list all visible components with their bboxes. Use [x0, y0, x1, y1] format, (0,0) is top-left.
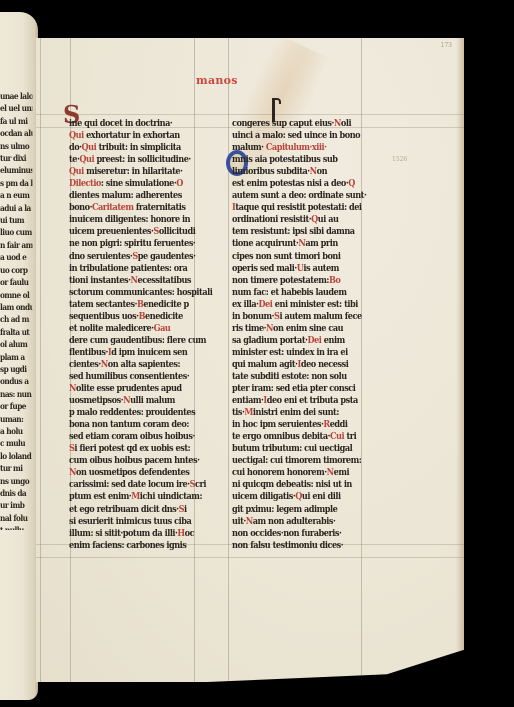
- body-text: on uosmetipos defendentes: [76, 467, 189, 478]
- text-line: tis·Ministri enim dei sunt:: [232, 407, 350, 419]
- ruling-line-vertical: [228, 38, 229, 682]
- body-text: minister est: uindex in ira ei: [232, 347, 348, 358]
- rubric-text: N: [69, 383, 76, 394]
- body-text: limioribus subdita·: [232, 166, 310, 177]
- body-text: ne non pigri: spiritu feruentes·: [69, 238, 195, 249]
- left-page-line: uman:: [0, 413, 32, 425]
- text-column-right: congeres sup caput eius·Noliuinci a malo…: [232, 118, 368, 552]
- left-page-line: eluminus: [0, 164, 32, 176]
- left-page-line: t nullu: [0, 524, 32, 530]
- text-line: illum: si sitit·potum da illi·Hoc: [69, 528, 187, 540]
- left-page-line: tur mi: [0, 462, 32, 474]
- text-line: et ego retribuam dicit dns·Si: [69, 504, 187, 516]
- body-text: uicem preuenientes·: [69, 226, 153, 237]
- left-page-line: omne ol: [0, 289, 32, 301]
- text-line: dientes malum: adherentes: [69, 190, 187, 202]
- text-line: sed etiam coram oibus hoibus·: [69, 431, 187, 443]
- rubric-text: Qui: [79, 154, 94, 165]
- body-text: sed humilibus consentientes·: [69, 371, 189, 382]
- body-text: i: [184, 504, 187, 515]
- text-line: cipes non sunt timori boni: [232, 251, 350, 263]
- page-edge-shadow: [456, 38, 464, 682]
- left-page-line: fa ul mi: [0, 115, 32, 127]
- body-text: sa gladium portat·: [232, 335, 307, 346]
- body-text: uectigal: cui timorem timorem:: [232, 455, 361, 466]
- text-line: enim faciens: carbones ignis: [69, 540, 187, 552]
- body-text: i autem malum fece: [279, 311, 361, 322]
- text-line: Si fieri potest qd ex uobis est:: [69, 443, 187, 455]
- rubric-text: Qui: [69, 130, 84, 141]
- body-text: exhortatur in exhortan: [84, 130, 180, 141]
- text-line: tioni instantes·Necessitatibus: [69, 275, 187, 287]
- rubric-text: N: [246, 516, 253, 527]
- rubric-text: Bo: [329, 275, 340, 286]
- text-line: Non uosmetipos defendentes: [69, 467, 187, 479]
- text-line: cientes·Non alta sapientes:: [69, 359, 187, 371]
- ruling-line-vertical: [40, 38, 41, 682]
- right-page: 173 1526 manos S ine qui docet in doctri…: [36, 38, 464, 682]
- text-line: ine qui docet in doctrina·: [69, 118, 187, 130]
- body-text: : sine simulatione·: [101, 178, 176, 189]
- body-text: tioni instantes·: [69, 275, 131, 286]
- left-page-line: s pm da l: [0, 177, 32, 189]
- text-line: sa gladium portat·Dei enim: [232, 335, 350, 347]
- marginal-note: 1526: [392, 156, 407, 163]
- text-line: ptum est enim·Michi uindictam:: [69, 491, 187, 503]
- text-line: dno seruientes·Spe gaudentes·: [69, 251, 187, 263]
- body-text: preest: in sollicitudine·: [94, 154, 191, 165]
- text-line: sed humilibus consentientes·: [69, 371, 187, 383]
- body-text: cientes·: [69, 359, 101, 370]
- left-page-line: n fair am: [0, 239, 32, 251]
- left-page-line: nas: nun: [0, 388, 32, 400]
- text-line: entiam·Ideo eni et tributa psta: [232, 395, 350, 407]
- running-head: manos: [196, 74, 238, 87]
- body-text: et nolite maledicere·: [69, 323, 154, 334]
- left-page-line: unae lalo tam: [0, 90, 32, 102]
- body-text: do·: [69, 142, 82, 153]
- left-page-line: plam a: [0, 351, 32, 363]
- text-line: in tribulatione patientes: ora: [69, 263, 187, 275]
- text-line: operis sed mali·Uis autem: [232, 263, 350, 275]
- left-page-line: or faulu: [0, 276, 32, 288]
- body-text: si esurierit inimicus tuus ciba: [69, 516, 191, 527]
- body-text: miseretur: in hilaritate·: [84, 166, 183, 177]
- text-line: uosmetipsos·Nulli malum: [69, 395, 187, 407]
- text-line: uinci a malo: sed uince in bono: [232, 130, 350, 142]
- body-text: entiam·: [232, 395, 263, 406]
- rubric-text: Gau: [154, 323, 171, 334]
- body-text: enim: [321, 335, 344, 346]
- body-text: on enim sine cau: [273, 323, 343, 334]
- body-text: deo eni et tributa psta: [267, 395, 358, 406]
- body-text: num fac: et habebis laudem: [232, 287, 346, 298]
- body-text: deo necessi: [301, 359, 348, 370]
- rubric-text: Dei: [307, 335, 321, 346]
- body-text: sequentibus uos·: [69, 311, 139, 322]
- body-text: cum oibus hoibus pacem hntes·: [69, 455, 200, 466]
- rubric-text: H: [177, 528, 184, 539]
- text-line: uicem diligatis·Qui eni dili: [232, 491, 350, 503]
- ruling-line-horizontal: [36, 557, 464, 558]
- body-text: te·: [69, 154, 79, 165]
- body-text: ecessitatibus: [137, 275, 191, 286]
- body-text: sed etiam coram oibus hoibus·: [69, 431, 195, 442]
- rubric-text: Dei: [258, 299, 272, 310]
- body-text: uosmetipsos·: [69, 395, 123, 406]
- body-text: am non adulterabis·: [253, 516, 336, 527]
- text-line: in hoc ipm seruientes·Reddi: [232, 419, 350, 431]
- left-page-line: ch ad m: [0, 313, 32, 325]
- body-text: bono·: [69, 202, 92, 213]
- left-page-line: tur dixi: [0, 152, 32, 164]
- text-line: tem resistunt: ipsi sibi damna: [232, 226, 350, 238]
- body-text: qui malum agit·: [232, 359, 298, 370]
- body-text: git pximu: legem adimple: [232, 504, 337, 515]
- left-page-line: dnis da: [0, 487, 32, 499]
- body-text: dno seruientes·: [69, 251, 132, 262]
- text-line: ni quicqm debeatis: nisi ut in: [232, 479, 350, 491]
- body-text: bona non tantum coram deo:: [69, 419, 189, 430]
- text-line: qui malum agit·Ideo necessi: [232, 359, 350, 371]
- text-line: in bonum·Si autem malum fece: [232, 311, 350, 323]
- text-line: te ergo omnibus debita·Cui tri: [232, 431, 350, 443]
- rubric-text: N: [131, 275, 138, 286]
- text-line: sctorum communicantes: hospitali: [69, 287, 187, 299]
- body-text: butum tributum: cui uectigal: [232, 443, 352, 454]
- rubric-text: N: [101, 359, 108, 370]
- text-line: minister est: uindex in ira ei: [232, 347, 350, 359]
- ruling-line-horizontal: [36, 114, 464, 115]
- rubric-text: Capitulum·xiii·: [266, 142, 327, 153]
- body-text: non occides·non furaberis·: [232, 528, 341, 539]
- text-line: cui honorem honorem·Nemi: [232, 467, 350, 479]
- body-text: enedicite p: [143, 299, 188, 310]
- body-text: on alta sapientes:: [108, 359, 180, 370]
- rubric-text: Cui: [330, 431, 344, 442]
- rubric-text: M: [244, 407, 253, 418]
- body-text: tem resistunt: ipsi sibi damna: [232, 226, 355, 237]
- left-page-line: adui a la: [0, 202, 32, 214]
- text-line: ne non pigri: spiritu feruentes·: [69, 238, 187, 250]
- body-text: non timere potestatem:: [232, 275, 329, 286]
- left-page-line: ui tum: [0, 214, 32, 226]
- body-text: ollicitudi: [159, 226, 196, 237]
- text-line: Dilectio: sine simulatione·O: [69, 178, 187, 190]
- rubric-text: Qui: [69, 166, 84, 177]
- body-text: operis sed mali·: [232, 263, 297, 274]
- body-text: emi: [334, 467, 349, 478]
- body-text: uicem diligatis·: [232, 491, 295, 502]
- left-page-line: a holu: [0, 425, 32, 437]
- text-line: et nolite maledicere·Gau: [69, 323, 187, 335]
- left-page-line: ns ulmo: [0, 140, 32, 152]
- body-text: illum: si sitit·potum da illi·: [69, 528, 177, 539]
- rubric-text: O: [176, 178, 183, 189]
- text-line: Nolite esse prudentes apud: [69, 383, 187, 395]
- body-text: cui honorem honorem·: [232, 467, 327, 478]
- body-text: non falsu testimoniu dices·: [232, 540, 343, 551]
- left-page-line: fralta ut: [0, 326, 32, 338]
- text-line: num fac: et habebis laudem: [232, 287, 350, 299]
- left-page-line: c mulu: [0, 437, 32, 449]
- text-line: est enim potestas nisi a deo·Q: [232, 178, 350, 190]
- body-text: carissimi: sed date locum ire·: [69, 479, 190, 490]
- body-text: ine qui docet in doctrina·: [69, 118, 172, 129]
- body-text: fraternitatis: [133, 202, 185, 213]
- body-text: ex illa·: [232, 299, 258, 310]
- body-text: oc: [185, 528, 194, 539]
- body-text: eddi: [330, 419, 348, 430]
- left-page-line: lo loland: [0, 450, 32, 462]
- body-text: in bonum·: [232, 311, 274, 322]
- body-text: cipes non sunt timori boni: [232, 251, 340, 262]
- rubric-text: Caritatem: [92, 202, 134, 213]
- text-line: Qui miseretur: in hilaritate·: [69, 166, 187, 178]
- text-line: ris time·Non enim sine cau: [232, 323, 350, 335]
- body-text: oli: [341, 118, 351, 129]
- text-line: ordinationi resistit·Qui au: [232, 214, 350, 226]
- text-line: autem sunt a deo: ordinate sunt·: [232, 190, 350, 202]
- body-text: pe gaudentes·: [138, 251, 196, 262]
- left-page-line: ur imb: [0, 499, 32, 511]
- text-line: limioribus subdita·Non: [232, 166, 350, 178]
- folio-number: 173: [441, 42, 452, 49]
- body-text: ris time·: [232, 323, 266, 334]
- body-text: tione acquirunt·: [232, 238, 298, 249]
- text-line: bono·Caritatem fraternitatis: [69, 202, 187, 214]
- body-text: i fieri potest qd ex uobis est:: [74, 443, 190, 454]
- body-text: on: [317, 166, 327, 177]
- text-line: tione acquirunt·Nam prin: [232, 238, 350, 250]
- left-page-line: ns ungo: [0, 475, 32, 487]
- left-page-line: ocdan alum: [0, 127, 32, 139]
- body-text: ordinationi resistit·: [232, 214, 311, 225]
- body-text: tatem sectantes·: [69, 299, 137, 310]
- body-text: dientes malum: adherentes: [69, 190, 182, 201]
- left-page-line: el uel unni: [0, 102, 32, 114]
- body-text: taque qui resistit potestati: dei: [235, 202, 361, 213]
- left-page-line: a uod e: [0, 251, 32, 263]
- body-text: p malo reddentes: prouidentes: [69, 407, 195, 418]
- rubric-text: Qui: [82, 142, 97, 153]
- body-text: ptum est enim·: [69, 491, 131, 502]
- body-text: te ergo omnibus debita·: [232, 431, 330, 442]
- body-text: mnis aia potestatibus sub: [232, 154, 338, 165]
- text-column-left: ine qui docet in doctrina·Qui exhortatur…: [69, 118, 205, 552]
- body-text: tis·: [232, 407, 244, 418]
- text-line: sequentibus uos·Benedicite: [69, 311, 187, 323]
- text-line: p malo reddentes: prouidentes: [69, 407, 187, 419]
- body-text: uit·: [232, 516, 246, 527]
- left-page-line: a n eum: [0, 189, 32, 201]
- body-text: inistri enim dei sunt:: [253, 407, 339, 418]
- text-line: te·Qui preest: in sollicitudine·: [69, 154, 187, 166]
- body-text: d ipm inuicem sen: [111, 347, 187, 358]
- text-line: uicem preuenientes·Sollicitudi: [69, 226, 187, 238]
- text-line: git pximu: legem adimple: [232, 504, 350, 516]
- body-text: inuicem diligentes: honore in: [69, 214, 190, 225]
- left-page-line: nal folu: [0, 512, 32, 524]
- body-text: is autem: [303, 263, 339, 274]
- body-text: tate subditi estote: non solu: [232, 371, 347, 382]
- text-line: inuicem diligentes: honore in: [69, 214, 187, 226]
- rubric-text: Q: [348, 178, 355, 189]
- text-line: carissimi: sed date locum ire·Scri: [69, 479, 187, 491]
- rubric-text: N: [327, 467, 334, 478]
- body-text: malum·: [232, 142, 266, 153]
- body-text: eni minister est: tibi: [272, 299, 357, 310]
- left-page-line: lam ondu: [0, 301, 32, 313]
- body-text: ni quicqm debeatis: nisi ut in: [232, 479, 352, 490]
- left-page-line: liuo cum: [0, 226, 32, 238]
- body-text: olite esse prudentes apud: [76, 383, 182, 394]
- rubric-text: N: [69, 467, 76, 478]
- body-text: enim faciens: carbones ignis: [69, 540, 186, 551]
- text-line: ex illa·Dei eni minister est: tibi: [232, 299, 350, 311]
- text-line: congeres sup caput eius·Noli: [232, 118, 350, 130]
- body-text: autem sunt a deo: ordinate sunt·: [232, 190, 366, 201]
- text-line: flentibus·Id ipm inuicem sen: [69, 347, 187, 359]
- body-text: tri: [344, 431, 356, 442]
- body-text: ichi uindictam:: [140, 491, 202, 502]
- text-line: uit·Nam non adulterabis·: [232, 516, 350, 528]
- text-line: bona non tantum coram deo:: [69, 419, 187, 431]
- text-line: si esurierit inimicus tuus ciba: [69, 516, 187, 528]
- text-line: tate subditi estote: non solu: [232, 371, 350, 383]
- left-page-text: unae lalo tamel uel unnifa ul miocdan al…: [0, 90, 32, 530]
- text-line: malum· Capitulum·xiii·: [232, 142, 350, 154]
- text-line: non timere potestatem:Bo: [232, 275, 350, 287]
- body-text: pter iram: sed etia pter consci: [232, 383, 355, 394]
- body-text: enedicite: [145, 311, 183, 322]
- body-text: ulli malum: [130, 395, 175, 406]
- body-text: ui au: [318, 214, 339, 225]
- text-line: dere cum gaudentibus: flere cum: [69, 335, 187, 347]
- text-line: non falsu testimoniu dices·: [232, 540, 350, 552]
- text-line: cum oibus hoibus pacem hntes·: [69, 455, 187, 467]
- left-page-line: ol alum: [0, 338, 32, 350]
- text-line: mnis aia potestatibus sub: [232, 154, 350, 166]
- left-page-line: sp ugdi: [0, 363, 32, 375]
- body-text: in hoc ipm seruientes·: [232, 419, 323, 430]
- body-text: ui eni dili: [302, 491, 341, 502]
- body-text: sctorum communicantes: hospitali: [69, 287, 212, 298]
- text-line: tatem sectantes·Benedicite p: [69, 299, 187, 311]
- text-line: Qui exhortatur in exhortan: [69, 130, 187, 142]
- body-text: uinci a malo: sed uince in bono: [232, 130, 360, 141]
- left-page-edge: unae lalo tamel uel unnifa ul miocdan al…: [0, 12, 38, 700]
- text-line: non occides·non furaberis·: [232, 528, 350, 540]
- text-line: Itaque qui resistit potestati: dei: [232, 202, 350, 214]
- text-line: butum tributum: cui uectigal: [232, 443, 350, 455]
- left-page-line: or fupe: [0, 400, 32, 412]
- left-page-line: uo corp: [0, 264, 32, 276]
- body-text: tribuit: in simplicita: [96, 142, 181, 153]
- body-text: cri: [195, 479, 206, 490]
- body-text: congeres sup caput eius·: [232, 118, 334, 129]
- body-text: dere cum gaudentibus: flere cum: [69, 335, 206, 346]
- body-text: est enim potestas nisi a deo·: [232, 178, 348, 189]
- body-text: et ego retribuam dicit dns·: [69, 504, 179, 515]
- rubric-text: Dilectio: [69, 178, 101, 189]
- text-line: uectigal: cui timorem timorem:: [232, 455, 350, 467]
- text-line: pter iram: sed etia pter consci: [232, 383, 350, 395]
- body-text: in tribulatione patientes: ora: [69, 263, 187, 274]
- body-text: flentibus·: [69, 347, 108, 358]
- left-page-line: ondus a: [0, 375, 32, 387]
- text-line: do·Qui tribuit: in simplicita: [69, 142, 187, 154]
- body-text: am prin: [305, 238, 337, 249]
